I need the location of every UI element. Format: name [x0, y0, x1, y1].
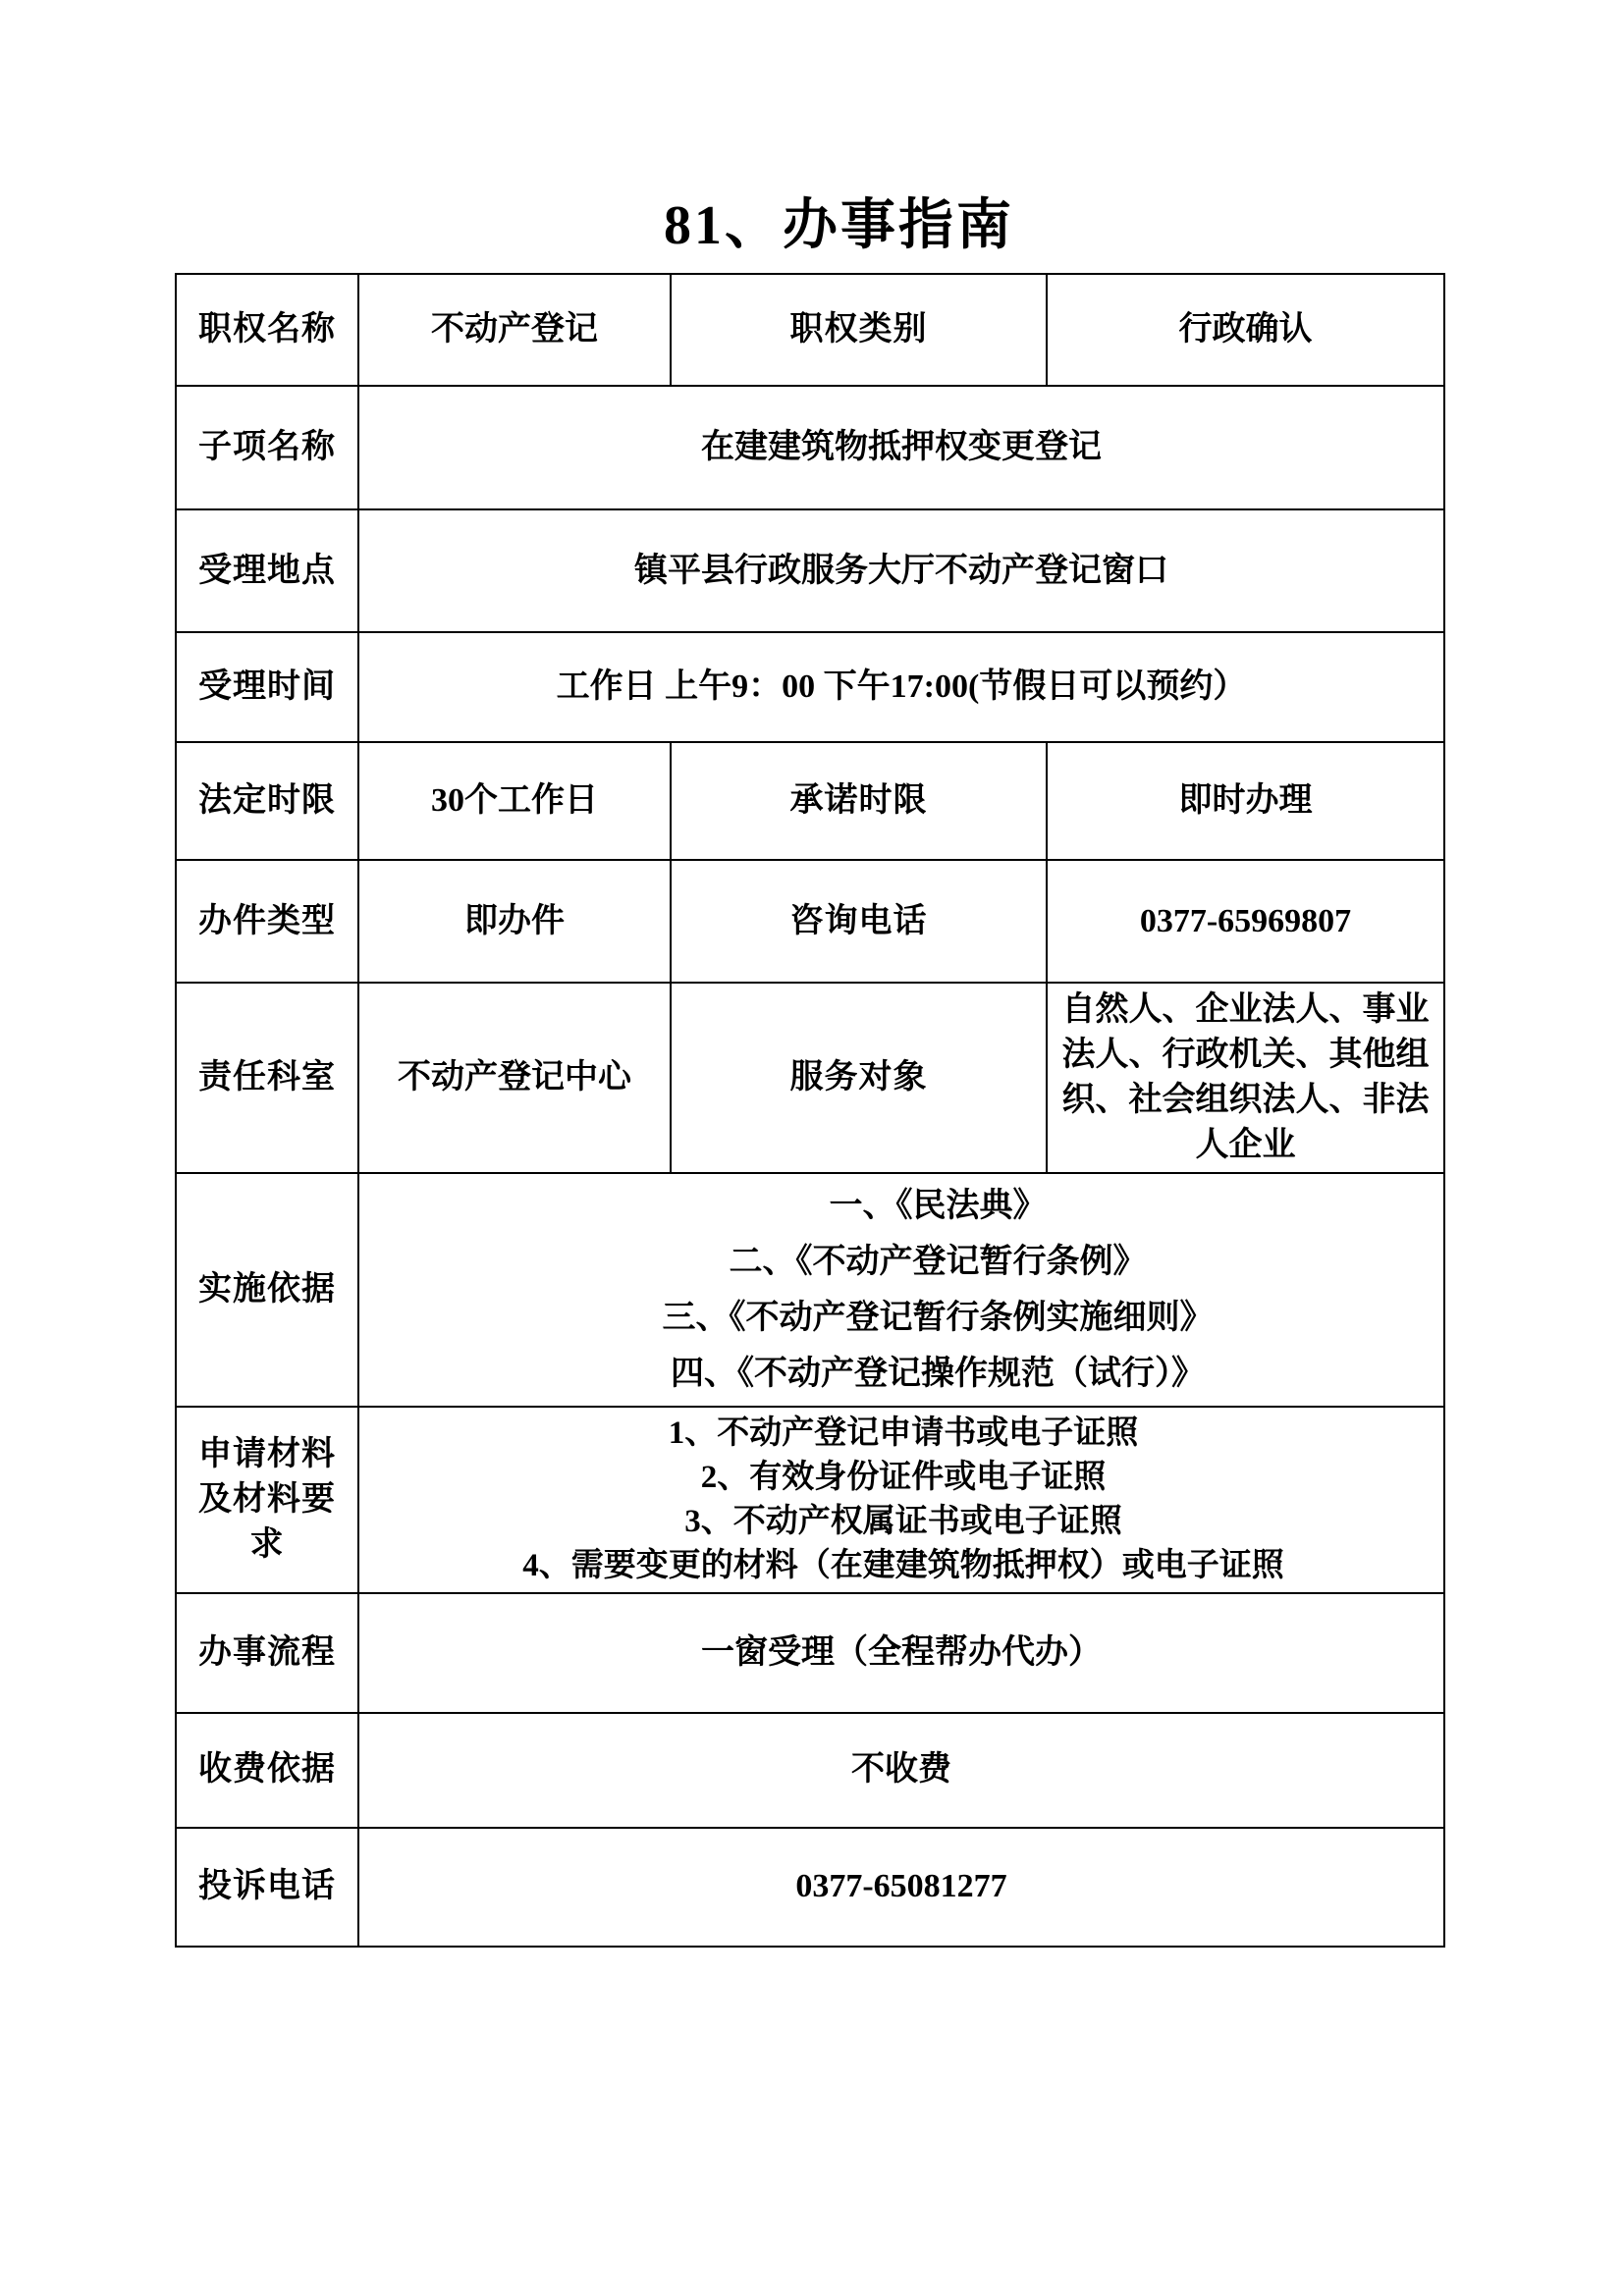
cell-subitem-name-value: 在建建筑物抵押权变更登记: [358, 386, 1444, 509]
cell-process-flow-value: 一窗受理（全程帮办代办）: [358, 1593, 1444, 1713]
row-label-authority-name: 职权名称: [176, 274, 358, 386]
row-label-acceptance-place: 受理地点: [176, 509, 358, 632]
basis-item: 四、《不动产登记操作规范（试行）》: [442, 1346, 1434, 1402]
row-label-complaint-phone: 投诉电话: [176, 1828, 358, 1947]
row-label-fee-basis: 收费依据: [176, 1713, 358, 1828]
row-label-acceptance-time: 受理时间: [176, 632, 358, 742]
table-row: 投诉电话 0377-65081277: [176, 1828, 1444, 1947]
material-item: 2、有效身份证件或电子证照: [373, 1456, 1434, 1500]
row-label-subitem-name: 子项名称: [176, 386, 358, 509]
material-item: 4、需要变更的材料（在建建筑物抵押权）或电子证照: [373, 1544, 1434, 1588]
row-label-process-flow: 办事流程: [176, 1593, 358, 1713]
table-row: 受理时间 工作日 上午9：00 下午17:00(节假日可以预约）: [176, 632, 1444, 742]
basis-item: 三、《不动产登记暂行条例实施细则》: [442, 1290, 1434, 1346]
basis-item: 二、《不动产登记暂行条例》: [442, 1234, 1434, 1290]
row-label-application-materials: 申请材料及材料要求: [176, 1407, 358, 1593]
table-row: 申请材料及材料要求 1、不动产登记申请书或电子证照 2、有效身份证件或电子证照 …: [176, 1407, 1444, 1593]
basis-item: 一、《民法典》: [442, 1178, 1434, 1234]
cell-promised-limit-value: 即时办理: [1047, 742, 1444, 860]
row-label-promised-limit: 承诺时限: [671, 742, 1047, 860]
page-title: 81、办事指南: [0, 182, 1624, 260]
document-page: 81、办事指南 职权名称 不动产登记 职权类别 行政确认 子项名称 在建建筑物抵…: [0, 0, 1624, 2296]
service-guide-table: 职权名称 不动产登记 职权类别 行政确认 子项名称 在建建筑物抵押权变更登记 受…: [175, 273, 1445, 1948]
cell-responsible-dept-value: 不动产登记中心: [358, 983, 671, 1173]
cell-complaint-phone-value: 0377-65081277: [358, 1828, 1444, 1947]
cell-service-target-value: 自然人、企业法人、事业法人、行政机关、其他组织、社会组织法人、非法人企业: [1047, 983, 1444, 1173]
cell-case-type-value: 即办件: [358, 860, 671, 983]
cell-consult-phone-value: 0377-65969807: [1047, 860, 1444, 983]
row-label-authority-category: 职权类别: [671, 274, 1047, 386]
material-item: 1、不动产登记申请书或电子证照: [373, 1412, 1434, 1456]
material-item: 3、不动产权属证书或电子证照: [373, 1500, 1434, 1544]
table-row: 子项名称 在建建筑物抵押权变更登记: [176, 386, 1444, 509]
table-row: 职权名称 不动产登记 职权类别 行政确认: [176, 274, 1444, 386]
table-row: 法定时限 30个工作日 承诺时限 即时办理: [176, 742, 1444, 860]
row-label-case-type: 办件类型: [176, 860, 358, 983]
cell-authority-category-value: 行政确认: [1047, 274, 1444, 386]
cell-statutory-limit-value: 30个工作日: [358, 742, 671, 860]
cell-acceptance-place-value: 镇平县行政服务大厅不动产登记窗口: [358, 509, 1444, 632]
row-label-responsible-dept: 责任科室: [176, 983, 358, 1173]
row-label-implementation-basis: 实施依据: [176, 1173, 358, 1407]
cell-application-materials-value: 1、不动产登记申请书或电子证照 2、有效身份证件或电子证照 3、不动产权属证书或…: [358, 1407, 1444, 1593]
cell-authority-name-value: 不动产登记: [358, 274, 671, 386]
row-label-statutory-limit: 法定时限: [176, 742, 358, 860]
row-label-service-target: 服务对象: [671, 983, 1047, 1173]
table-row: 办事流程 一窗受理（全程帮办代办）: [176, 1593, 1444, 1713]
cell-fee-basis-value: 不收费: [358, 1713, 1444, 1828]
table-row: 实施依据 一、《民法典》 二、《不动产登记暂行条例》 三、《不动产登记暂行条例实…: [176, 1173, 1444, 1407]
table-row: 责任科室 不动产登记中心 服务对象 自然人、企业法人、事业法人、行政机关、其他组…: [176, 983, 1444, 1173]
table-row: 受理地点 镇平县行政服务大厅不动产登记窗口: [176, 509, 1444, 632]
table-row: 收费依据 不收费: [176, 1713, 1444, 1828]
cell-acceptance-time-value: 工作日 上午9：00 下午17:00(节假日可以预约）: [358, 632, 1444, 742]
cell-implementation-basis-value: 一、《民法典》 二、《不动产登记暂行条例》 三、《不动产登记暂行条例实施细则》 …: [358, 1173, 1444, 1407]
table-row: 办件类型 即办件 咨询电话 0377-65969807: [176, 860, 1444, 983]
row-label-consult-phone: 咨询电话: [671, 860, 1047, 983]
